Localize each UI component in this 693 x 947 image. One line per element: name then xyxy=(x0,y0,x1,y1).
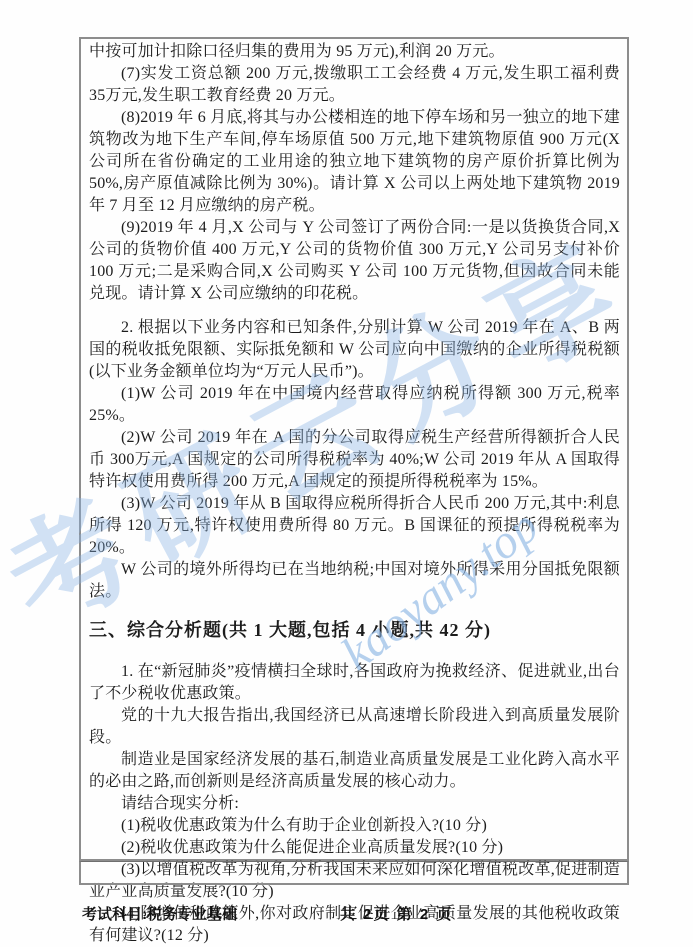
paragraph-q3-intro: 1. 在“新冠肺炎”疫情横扫全球时,各国政府为挽救经济、促进就业,出台了不少税收… xyxy=(89,661,620,705)
paragraph-q3-context-2: 制造业是国家经济发展的基石,制造业高质量发展是工业化跨入高水平的必由之路,而创新… xyxy=(89,749,620,793)
page-border-footer-strip xyxy=(79,861,629,885)
exam-content: 中按可加计扣除口径归集的费用为 95 万元),利润 20 万元。 (7)实发工资… xyxy=(81,39,627,947)
paragraph-q2-note: W 公司的境外所得均已在当地纳税;中国对境外所得采用分国抵免限额法。 xyxy=(89,559,620,603)
paragraph-item-9: (9)2019 年 4 月,X 公司与 Y 公司签订了两份合同:一是以货换货合同… xyxy=(89,217,620,305)
footer-page-indicator: 共 2页 第 2 页 xyxy=(340,903,453,924)
paragraph-question-2: 2. 根据以下业务内容和已知条件,分别计算 W 公司 2019 年在 A、B 两… xyxy=(89,317,620,383)
paragraph-q2-item-2: (2)W 公司 2019 年在 A 国的分公司取得应税生产经营所得额折合人民币 … xyxy=(89,427,620,493)
page-border: 中按可加计扣除口径归集的费用为 95 万元),利润 20 万元。 (7)实发工资… xyxy=(79,37,629,861)
paragraph-q3-sub-1: (1)税收优惠政策为什么有助于企业创新投入?(10 分) xyxy=(89,815,620,837)
paragraph-item-8: (8)2019 年 6 月底,将其与办公楼相连的地下停车场和另一独立的地下建筑物… xyxy=(89,107,620,217)
paragraph-q3-sub-2: (2)税收优惠政策为什么能促进企业高质量发展?(10 分) xyxy=(89,837,620,859)
footer-subject: 考试科目:税务专业基础 xyxy=(82,903,237,924)
exam-page: 中按可加计扣除口径归集的费用为 95 万元),利润 20 万元。 (7)实发工资… xyxy=(0,0,693,947)
paragraph-continued: 中按可加计扣除口径归集的费用为 95 万元),利润 20 万元。 xyxy=(89,41,620,63)
paragraph-q3-context-1: 党的十九大报告指出,我国经济已从高速增长阶段进入到高质量发展阶段。 xyxy=(89,705,620,749)
paragraph-q3-prompt: 请结合现实分析: xyxy=(89,793,620,815)
section-heading: 三、综合分析题(共 1 大题,包括 4 小题,共 42 分) xyxy=(89,617,620,643)
paragraph-q2-item-1: (1)W 公司 2019 年在中国境内经营取得应纳税所得额 300 万元,税率 … xyxy=(89,383,620,427)
paragraph-item-7: (7)实发工资总额 200 万元,拨缴职工工会经费 4 万元,发生职工福利费 3… xyxy=(89,63,620,107)
paragraph-q2-item-3: (3)W 公司 2019 年从 B 国取得应税所得折合人民币 200 万元,其中… xyxy=(89,493,620,559)
